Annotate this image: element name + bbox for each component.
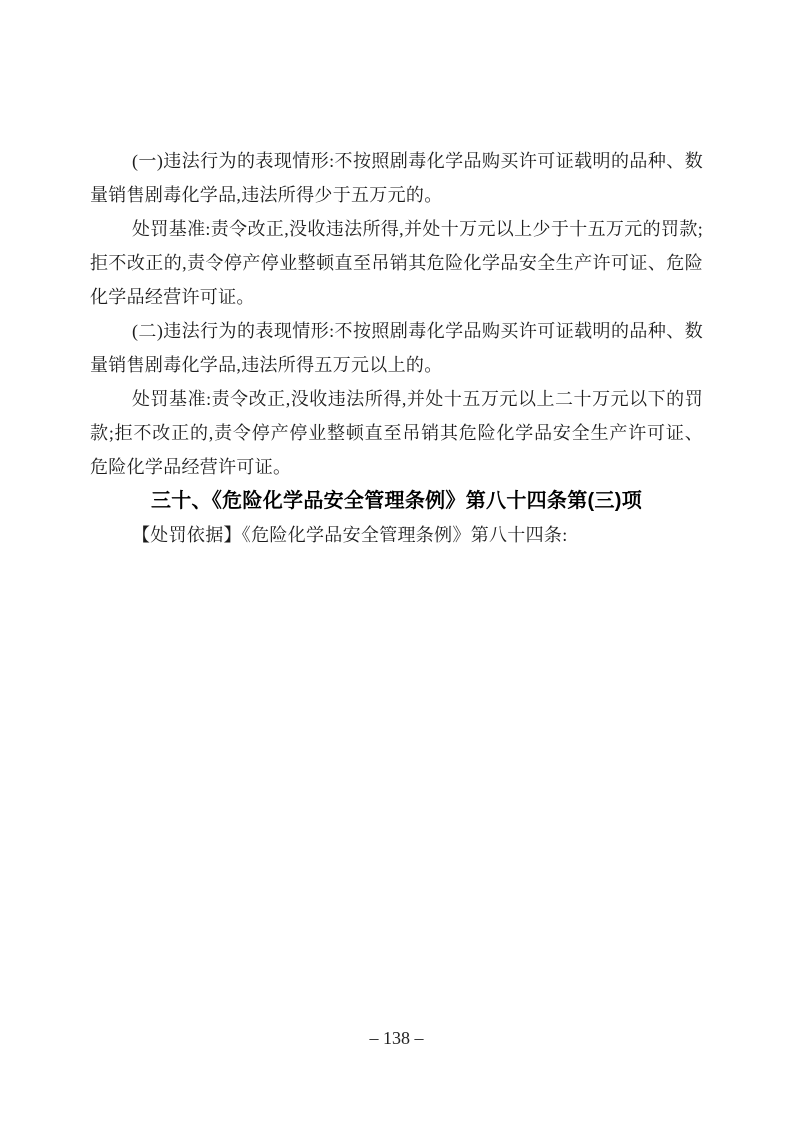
page-number: – 138 – — [0, 1026, 793, 1050]
paragraph-penalty-benchmark-2: 处罚基准:责令改正,没收违法所得,并处十五万元以上二十万元以下的罚款;拒不改正的… — [90, 382, 703, 484]
section-heading: 三十、《危险化学品安全管理条例》第八十四条第(三)项 — [90, 484, 703, 518]
document-page: (一)违法行为的表现情形:不按照剧毒化学品购买许可证载明的品种、数量销售剧毒化学… — [0, 0, 793, 1122]
page-content: (一)违法行为的表现情形:不按照剧毒化学品购买许可证载明的品种、数量销售剧毒化学… — [90, 144, 703, 552]
paragraph-penalty-basis: 【处罚依据】《危险化学品安全管理条例》第八十四条: — [90, 518, 703, 552]
paragraph-violation-case-2: (二)违法行为的表现情形:不按照剧毒化学品购买许可证载明的品种、数量销售剧毒化学… — [90, 314, 703, 382]
paragraph-penalty-benchmark-1: 处罚基准:责令改正,没收违法所得,并处十万元以上少于十五万元的罚款;拒不改正的,… — [90, 212, 703, 314]
paragraph-violation-case-1: (一)违法行为的表现情形:不按照剧毒化学品购买许可证载明的品种、数量销售剧毒化学… — [90, 144, 703, 212]
